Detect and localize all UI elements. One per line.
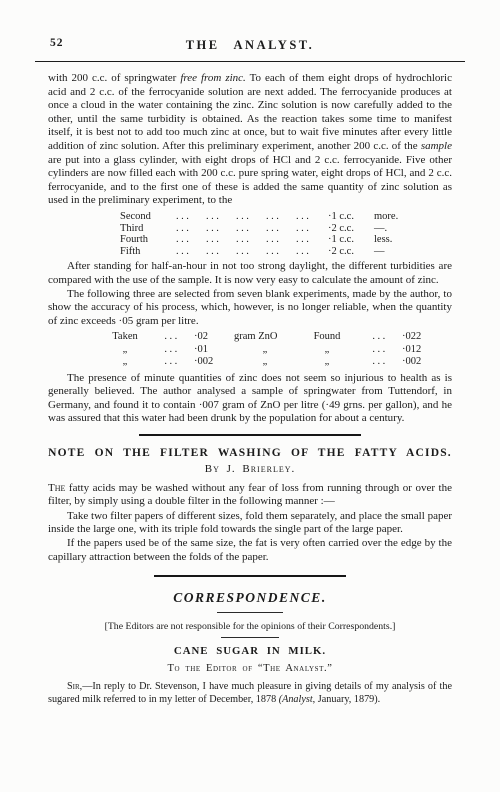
letter-salutation: To the Editor of “The Analyst.” bbox=[48, 663, 452, 674]
article2-title: NOTE ON THE FILTER WASHING OF THE FATTY … bbox=[48, 447, 452, 459]
zinc-note: more. bbox=[374, 211, 414, 223]
article2-paragraph-1: The fatty acids may be washed without an… bbox=[48, 482, 452, 509]
cylinder-ordinal: Fifth bbox=[120, 246, 176, 258]
dot-leader: ... bbox=[206, 234, 236, 246]
found-result: ·002 bbox=[402, 356, 444, 368]
found-label: „ bbox=[296, 344, 358, 356]
taken-amount: ·01 bbox=[194, 344, 234, 356]
zinc-note: — bbox=[374, 246, 414, 258]
letter-title: CANE SUGAR IN MILK. bbox=[48, 645, 452, 657]
section-divider bbox=[154, 575, 346, 577]
table-row: „ ... ·01 „ „ ... ·012 bbox=[100, 344, 452, 356]
heading-rule bbox=[221, 637, 279, 638]
dot-leader: ... bbox=[206, 223, 236, 235]
journal-title: THE ANALYST. bbox=[186, 38, 315, 52]
taken-amount: ·002 bbox=[194, 356, 234, 368]
dot-leader: ... bbox=[266, 234, 296, 246]
article2-byline: By J. Brierley. bbox=[48, 463, 452, 475]
dot-leader: ... bbox=[266, 246, 296, 258]
cylinder-ordinal: Fourth bbox=[120, 234, 176, 246]
found-label: Found bbox=[296, 331, 358, 343]
taken-unit: „ bbox=[234, 356, 296, 368]
taken-label: „ bbox=[100, 344, 150, 356]
correspondence-heading: CORRESPONDENCE. bbox=[48, 590, 452, 606]
dot-leader: ... bbox=[176, 223, 206, 235]
article1-paragraph-3: The following three are selected from se… bbox=[48, 288, 452, 329]
taken-label: Taken bbox=[100, 331, 150, 343]
dot-leader: ... bbox=[150, 331, 194, 343]
dot-leader: ... bbox=[296, 246, 328, 258]
article2-paragraph-2: Take two filter papers of different size… bbox=[48, 510, 452, 537]
zinc-amount: ·2 c.c. bbox=[328, 223, 374, 235]
cylinder-ordinal: Second bbox=[120, 211, 176, 223]
found-result: ·012 bbox=[402, 344, 444, 356]
letter-paragraph-1: Sir,—In reply to Dr. Stevenson, I have m… bbox=[48, 681, 452, 706]
dot-leader: ... bbox=[296, 223, 328, 235]
dot-leader: ... bbox=[296, 234, 328, 246]
dot-leader: ... bbox=[176, 246, 206, 258]
blank-experiments-table: Taken ... ·02 gram ZnO Found ... ·022 „ … bbox=[100, 331, 452, 368]
taken-unit: „ bbox=[234, 344, 296, 356]
dot-leader: ... bbox=[150, 344, 194, 356]
table-row: Second ... ... ... ... ... ·1 c.c. more. bbox=[120, 211, 452, 223]
article1-paragraph-1: with 200 c.c. of springwater free from z… bbox=[48, 72, 452, 208]
found-result: ·022 bbox=[402, 331, 444, 343]
table-row: Fourth ... ... ... ... ... ·1 c.c. less. bbox=[120, 234, 452, 246]
article1-paragraph-2: After standing for half-an-hour in not t… bbox=[48, 260, 452, 287]
heading-rule bbox=[217, 612, 283, 613]
page-header: 52 THE ANALYST. bbox=[35, 36, 465, 62]
dot-leader: ... bbox=[236, 234, 266, 246]
dot-leader: ... bbox=[206, 211, 236, 223]
table-row: „ ... ·002 „ „ ... ·002 bbox=[100, 356, 452, 368]
taken-amount: ·02 bbox=[194, 331, 234, 343]
dot-leader: ... bbox=[150, 356, 194, 368]
table-row: Third ... ... ... ... ... ·2 c.c. —. bbox=[120, 223, 452, 235]
article1-paragraph-4: The presence of minute quantities of zin… bbox=[48, 372, 452, 426]
dot-leader: ... bbox=[266, 223, 296, 235]
dot-leader: ... bbox=[176, 211, 206, 223]
dot-leader: ... bbox=[358, 344, 402, 356]
taken-label: „ bbox=[100, 356, 150, 368]
dilution-table: Second ... ... ... ... ... ·1 c.c. more.… bbox=[120, 211, 452, 257]
editors-disclaimer: [The Editors are not responsible for the… bbox=[48, 621, 452, 632]
dot-leader: ... bbox=[266, 211, 296, 223]
dot-leader: ... bbox=[358, 331, 402, 343]
zinc-amount: ·1 c.c. bbox=[328, 211, 374, 223]
dot-leader: ... bbox=[236, 211, 266, 223]
table-row: Fifth ... ... ... ... ... ·2 c.c. — bbox=[120, 246, 452, 258]
zinc-amount: ·1 c.c. bbox=[328, 234, 374, 246]
section-divider bbox=[139, 434, 361, 436]
dot-leader: ... bbox=[236, 246, 266, 258]
dot-leader: ... bbox=[206, 246, 236, 258]
dot-leader: ... bbox=[358, 356, 402, 368]
table-row: Taken ... ·02 gram ZnO Found ... ·022 bbox=[100, 331, 452, 343]
zinc-note: less. bbox=[374, 234, 414, 246]
page-number: 52 bbox=[50, 37, 64, 49]
dot-leader: ... bbox=[176, 234, 206, 246]
zinc-note: —. bbox=[374, 223, 414, 235]
cylinder-ordinal: Third bbox=[120, 223, 176, 235]
dot-leader: ... bbox=[236, 223, 266, 235]
zinc-amount: ·2 c.c. bbox=[328, 246, 374, 258]
dot-leader: ... bbox=[296, 211, 328, 223]
taken-unit: gram ZnO bbox=[234, 331, 296, 343]
journal-page: 52 THE ANALYST. with 200 c.c. of springw… bbox=[0, 0, 500, 707]
article2-paragraph-3: If the papers used be of the same size, … bbox=[48, 537, 452, 564]
found-label: „ bbox=[296, 356, 358, 368]
